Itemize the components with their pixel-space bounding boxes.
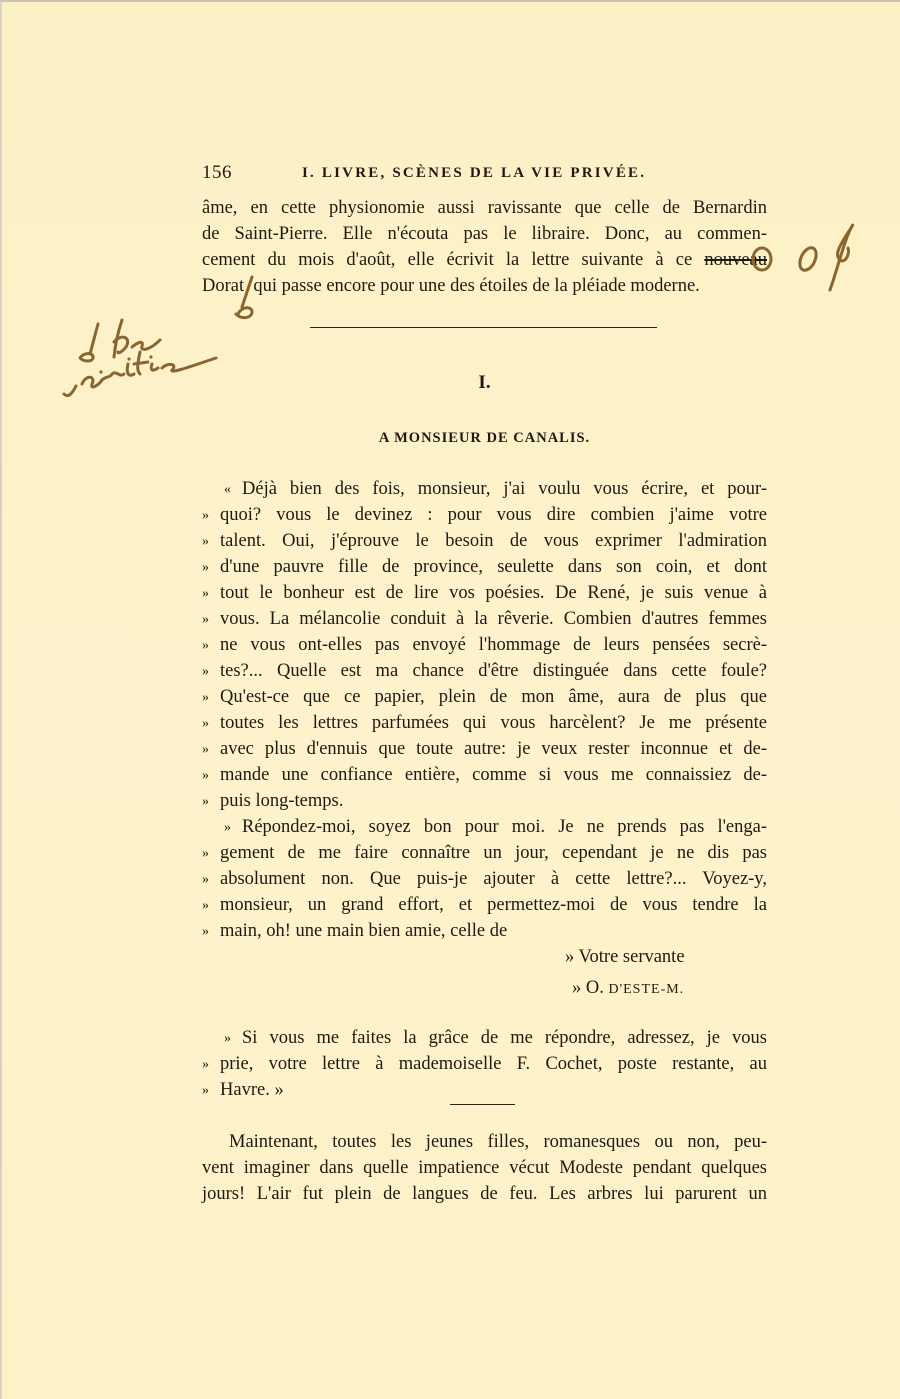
book-page: 156 I. LIVRE, SCÈNES DE LA VIE PRIVÉE. â…	[0, 0, 900, 1399]
handwritten-annotations-icon	[2, 2, 900, 1399]
correction-circle-icon	[753, 248, 771, 270]
